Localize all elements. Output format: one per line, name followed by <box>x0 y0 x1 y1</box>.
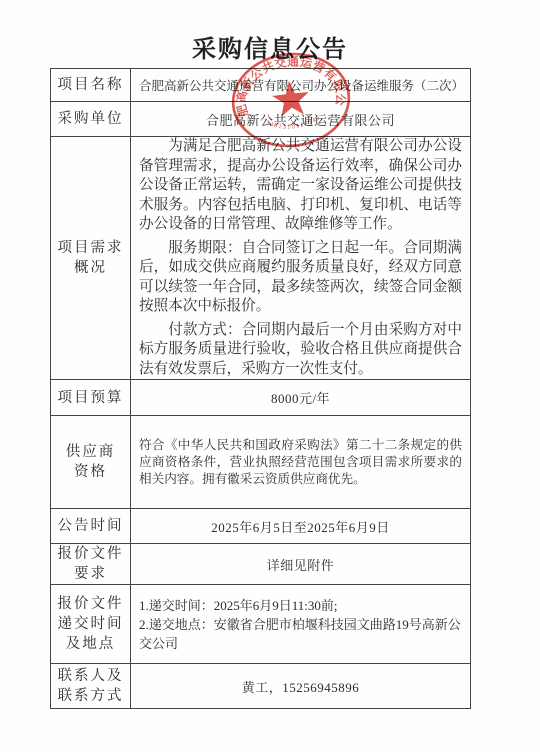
row-value: 黄工，15256945896 <box>131 664 470 708</box>
row-label: 项目预算 <box>51 380 131 415</box>
row-value-text: 详细见附件 <box>139 555 462 574</box>
table-row-contact: 联系人及 联系方式 黄工，15256945896 <box>51 664 470 708</box>
row-label-line: 要求 <box>74 564 107 584</box>
row-label-line: 递交时间 <box>58 614 124 634</box>
table-row-supplier-qualification: 供应商 资格 符合《中华人民共和国政府采购法》第二十二条规定的供应商资格条件，营… <box>51 416 470 509</box>
row-value: 详细见附件 <box>131 544 470 584</box>
row-value-text: 2025年6月5日至2025年6月9日 <box>139 517 462 536</box>
table-row-budget: 项目预算 8000元/年 <box>51 380 470 416</box>
row-label-line: 联系方式 <box>58 686 124 706</box>
table-row-purchaser: 采购单位 合肥高新公共交通运营有限公司 <box>51 102 470 137</box>
table-row-announcement-time: 公告时间 2025年6月5日至2025年6月9日 <box>51 509 470 544</box>
table-row-requirements: 项目需求 概况 为满足合肥高新公共交通运营有限公司办公设备管理需求，提高办公设备… <box>51 137 470 380</box>
row-label: 供应商 资格 <box>51 416 131 508</box>
row-label-line: 资格 <box>74 462 107 482</box>
table-row-submission-time-place: 报价文件 递交时间 及地点 1.递交时间：2025年6月9日11:30前; 2.… <box>51 585 470 664</box>
row-label-line: 项目需求 <box>58 238 124 258</box>
requirements-paragraph: 付款方式：合同期内最后一个月由采购方对中标方服务质量进行验收，验收合格且供应商提… <box>139 321 462 380</box>
row-label-line: 概况 <box>74 258 107 278</box>
row-value: 为满足合肥高新公共交通运营有限公司办公设备管理需求，提高办公设备运行效率，确保公… <box>131 137 470 379</box>
row-label-line: 报价文件 <box>58 544 124 564</box>
row-label: 联系人及 联系方式 <box>51 664 131 708</box>
row-value-text: 8000元/年 <box>139 388 462 407</box>
page-title: 采购信息公告 <box>0 29 540 64</box>
row-label-line: 联系人及 <box>58 666 124 686</box>
row-label-line: 供应商 <box>66 442 116 462</box>
submission-line: 1.递交时间：2025年6月9日11:30前; <box>139 596 462 615</box>
row-value: 合肥高新公共交通运营有限公司 <box>131 102 470 136</box>
row-label-line: 采购单位 <box>58 109 124 129</box>
row-label-line: 公告时间 <box>58 516 124 536</box>
row-label: 采购单位 <box>51 102 131 136</box>
row-label: 报价文件 要求 <box>51 544 131 584</box>
row-value-text: 合肥高新公共交通运营有限公司 <box>139 110 462 129</box>
row-label: 报价文件 递交时间 及地点 <box>51 585 131 663</box>
requirements-paragraph: 服务期限：自合同签订之日起一年。合同期满后，如成交供应商履约服务质量良好，经双方… <box>139 239 462 317</box>
submission-line: 2.递交地点：安徽省合肥市柏堰科技园文曲路19号高新公交公司 <box>139 615 462 653</box>
row-label-line: 及地点 <box>66 634 116 654</box>
row-label-line: 报价文件 <box>58 594 124 614</box>
document-page: 采购信息公告 项目名称 合肥高新公共交通运营有限公司办公设备运维服务（二次） 采… <box>0 0 540 752</box>
row-value-text: 黄工，15256945896 <box>139 677 462 696</box>
requirements-paragraph: 为满足合肥高新公共交通运营有限公司办公设备管理需求，提高办公设备运行效率，确保公… <box>139 137 462 235</box>
row-value: 1.递交时间：2025年6月9日11:30前; 2.递交地点：安徽省合肥市柏堰科… <box>131 585 470 663</box>
row-value: 符合《中华人民共和国政府采购法》第二十二条规定的供应商资格条件，营业执照经营范围… <box>131 416 470 508</box>
row-label: 项目需求 概况 <box>51 137 131 379</box>
row-value: 2025年6月5日至2025年6月9日 <box>131 509 470 543</box>
table-row-quotation-requirements: 报价文件 要求 详细见附件 <box>51 544 470 585</box>
row-label: 公告时间 <box>51 509 131 543</box>
row-label-line: 项目名称 <box>58 75 124 95</box>
table-row-project-name: 项目名称 合肥高新公共交通运营有限公司办公设备运维服务（二次） <box>51 69 470 102</box>
row-value: 8000元/年 <box>131 380 470 415</box>
row-label-line: 项目预算 <box>58 388 124 408</box>
info-table: 项目名称 合肥高新公共交通运营有限公司办公设备运维服务（二次） 采购单位 合肥高… <box>50 68 471 709</box>
row-label: 项目名称 <box>51 69 131 101</box>
row-value: 合肥高新公共交通运营有限公司办公设备运维服务（二次） <box>131 69 470 101</box>
qualification-paragraph: 符合《中华人民共和国政府采购法》第二十二条规定的供应商资格条件，营业执照经营范围… <box>139 437 462 488</box>
row-value-text: 合肥高新公共交通运营有限公司办公设备运维服务（二次） <box>139 76 462 94</box>
